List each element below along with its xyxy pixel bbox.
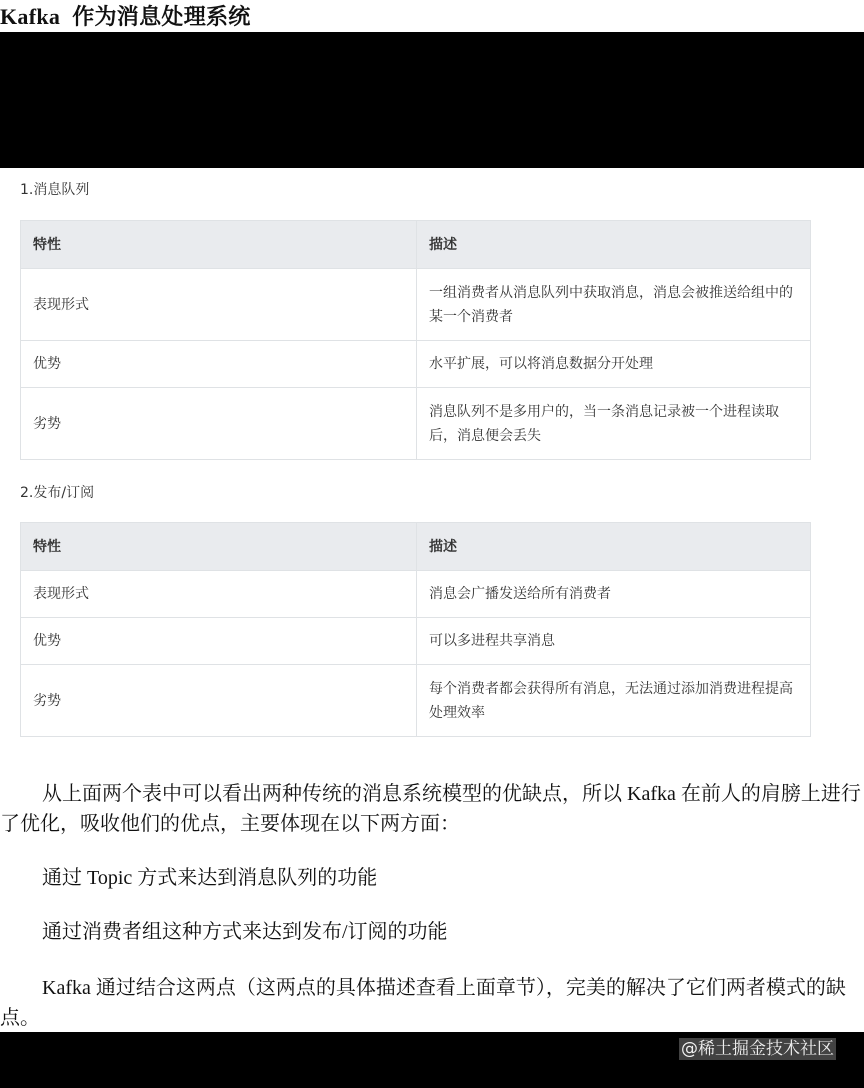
cell-desc: 消息队列不是多用户的，当一条消息记录被一个进程读取后，消息便会丢失 [417,388,811,460]
message-queue-table: 特性 描述 表现形式 一组消费者从消息队列中获取消息，消息会被推送给组中的某一个… [20,220,811,460]
table-row: 表现形式 一组消费者从消息队列中获取消息，消息会被推送给组中的某一个消费者 [21,269,811,341]
cell-feature: 劣势 [21,388,417,460]
title-rest: 作为消息处理系统 [72,4,250,29]
table-row: 劣势 消息队列不是多用户的，当一条消息记录被一个进程读取后，消息便会丢失 [21,388,811,460]
cell-feature: 劣势 [21,665,417,737]
cell-feature: 优势 [21,618,417,665]
table-row: 劣势 每个消费者都会获得所有消息，无法通过添加消费进程提高处理效率 [21,665,811,737]
table-header-row: 特性 描述 [21,221,811,269]
header-feature: 特性 [21,221,417,269]
cell-feature: 表现形式 [21,571,417,618]
header-feature: 特性 [21,523,417,571]
document-title: Kafka作为消息处理系统 [0,2,251,32]
cell-feature: 优势 [21,341,417,388]
cell-desc: 可以多进程共享消息 [417,618,811,665]
table-row: 表现形式 消息会广播发送给所有消费者 [21,571,811,618]
cell-feature: 表现形式 [21,269,417,341]
point-consumer-group: 通过消费者组这种方式来达到发布/订阅的功能 [0,917,864,947]
cell-desc: 一组消费者从消息队列中获取消息，消息会被推送给组中的某一个消费者 [417,269,811,341]
cell-desc: 消息会广播发送给所有消费者 [417,571,811,618]
header-desc: 描述 [417,221,811,269]
cell-desc: 每个消费者都会获得所有消息，无法通过添加消费进程提高处理效率 [417,665,811,737]
redacted-band-top [0,32,864,168]
header-desc: 描述 [417,523,811,571]
point-topic: 通过 Topic 方式来达到消息队列的功能 [0,863,864,893]
table-header-row: 特性 描述 [21,523,811,571]
publish-subscribe-table: 特性 描述 表现形式 消息会广播发送给所有消费者 优势 可以多进程共享消息 劣势… [20,522,811,737]
conclusion-paragraph: Kafka 通过结合这两点（这两点的具体描述查看上面章节），完美的解决了它们两者… [0,973,864,1033]
title-prefix: Kafka [0,4,60,29]
cell-desc: 水平扩展，可以将消息数据分开处理 [417,341,811,388]
table2-label: 2.发布/订阅 [20,482,94,502]
table-row: 优势 水平扩展，可以将消息数据分开处理 [21,341,811,388]
watermark: @稀土掘金技术社区 [679,1038,836,1060]
summary-paragraph: 从上面两个表中可以看出两种传统的消息系统模型的优缺点，所以 Kafka 在前人的… [0,779,864,839]
table-row: 优势 可以多进程共享消息 [21,618,811,665]
table1-label: 1.消息队列 [20,179,89,199]
